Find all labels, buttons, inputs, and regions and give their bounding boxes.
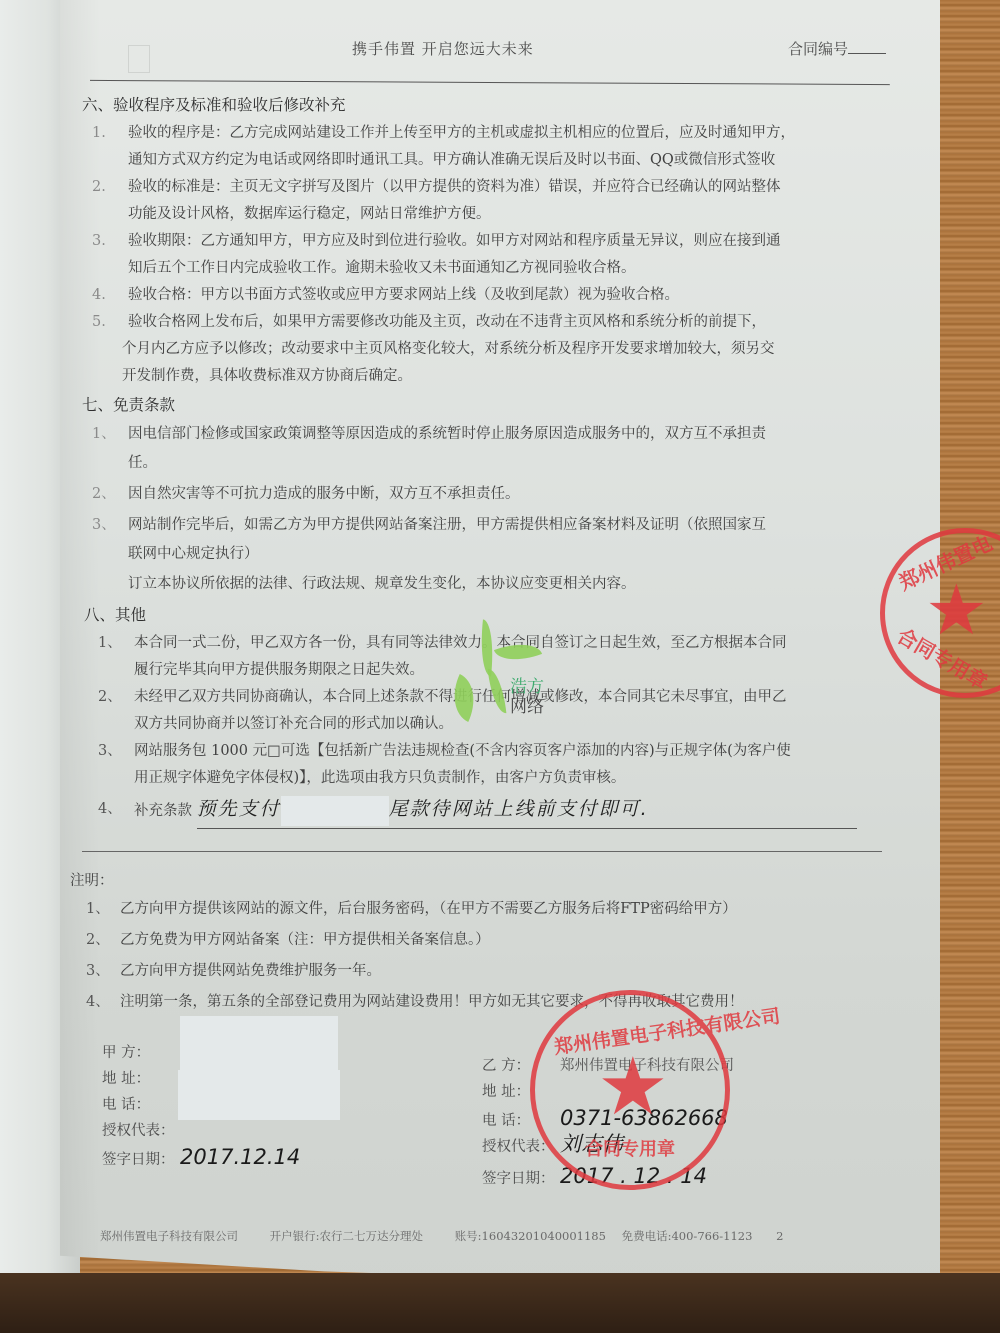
party-a-date-row: 签字日期：2017.12.14: [102, 1144, 300, 1170]
party-a-rep-row: 授权代表：: [102, 1118, 300, 1144]
leaf-icon: [443, 674, 485, 722]
section-7-trailing: 订立本协议所依据的法律、行政法规、规章发生变化，本协议应变更相关内容。: [82, 569, 902, 600]
page-footer: 郑州伟置电子科技有限公司 开户银行:农行二七万达分理处 账号:160432010…: [100, 1228, 920, 1244]
section-6-item: 5. 验收合格网上发布后，如果甲方需要修改功能及主页，改动在不违背主页风格和系统…: [82, 309, 902, 336]
section-7-item: 1、 因电信部门检修或国家政策调整等原因造成的系统暂时停止服务原因造成服务中的，…: [82, 420, 902, 478]
party-a-date: 2017.12.14: [180, 1145, 300, 1169]
header-divider: [90, 80, 890, 85]
leaf-icon: [488, 667, 507, 714]
notes-title: 注明：: [70, 868, 890, 894]
note-item: 2、 乙方免费为甲方网站备案（注：甲方提供相关备案信息。）: [70, 925, 890, 956]
section-7-item: 2、 因自然灾害等不可抗力造成的服务中断，双方互不承担责任。: [82, 478, 902, 511]
watermark-logo: 浩方 网络: [448, 620, 578, 720]
section-6-item: 3. 验收期限：乙方通知甲方，甲方应及时到位进行验收。如甲方对网站和程序质量无异…: [82, 228, 902, 282]
contract-body: 六、验收程序及标准和验收后修改补充 1. 验收的程序是：乙方完成网站建设工作并上…: [82, 90, 902, 858]
supplement-fill-line: 预先支付尾款待网站上线前支付即可.: [197, 792, 857, 829]
footer-company: 郑州伟置电子科技有限公司: [100, 1229, 238, 1243]
section-7-item: 3、 网站制作完毕后，如需乙方为甲方提供网站备案注册，甲方需提供相应备案材料及证…: [82, 511, 902, 569]
section-6-item: 4. 验收合格：甲方以书面方式签收或应甲方要求网站上线（及收到尾款）视为验收合格…: [82, 282, 902, 309]
section-6-item-5-cont: 个月内乙方应予以修改；改动要求中主页风格变化较大，对系统分析及程序开发要求增加较…: [82, 336, 902, 363]
section-7-title: 七、免责条款: [82, 390, 902, 420]
party-a-phone-row: 电 话：: [102, 1092, 300, 1118]
page-number: 2: [776, 1229, 783, 1243]
supplement-label: 补充条款: [134, 803, 192, 819]
section-6-item: 1. 验收的程序是：乙方完成网站建设工作并上传至甲方的主机或虚拟主机相应的位置后…: [82, 120, 902, 174]
section-8-item: 3、 网站服务包 1000 元□可选【包括新广告法违规检查(不含内容页客户添加的…: [82, 738, 902, 792]
company-seal: ★ 郑州伟置电子科技有限公司 合同专用章: [530, 990, 730, 1190]
desk-edge: [0, 1273, 1000, 1333]
section-6-title: 六、验收程序及标准和验收后修改补充: [82, 90, 902, 120]
supplement-handwriting-a: 预先支付: [197, 798, 281, 820]
section-6-item-5-cont: 开发制作费，具体收费标准双方协商后确定。: [82, 363, 902, 390]
header-slogan: 携手伟置 开启您远大未来: [352, 38, 534, 59]
section-6-item: 2. 验收的标准是：主页无文字拼写及图片（以甲方提供的资料为准）错误，并应符合已…: [82, 174, 902, 228]
footer-account: 账号:16043201040001185: [455, 1229, 606, 1243]
notes-section: 注明： 1、 乙方向甲方提供该网站的源文件，后台服务密码，（在甲方不需要乙方服务…: [70, 868, 890, 1018]
note-item: 3、 乙方向甲方提供网站免费维护服务一年。: [70, 956, 890, 987]
party-a-name-row: 甲 方：: [102, 1040, 300, 1066]
party-a-address-row: 地 址：: [102, 1066, 300, 1092]
note-item: 1、 乙方向甲方提供该网站的源文件，后台服务密码，（在甲方不需要乙方服务后将FT…: [70, 894, 890, 925]
footer-bank: 开户银行:农行二七万达分理处: [270, 1229, 423, 1243]
section-8-item-4: 4、 补充条款 预先支付尾款待网站上线前支付即可.: [82, 792, 902, 829]
contract-number: 合同编号: [788, 38, 886, 59]
page-header: 携手伟置 开启您远大未来 合同编号: [60, 32, 940, 62]
section-divider: [82, 851, 882, 852]
party-a-block: 甲 方： 地 址： 电 话： 授权代表： 签字日期：2017.12.14: [102, 1030, 300, 1160]
footer-hotline: 免费电话:400-766-1123: [622, 1229, 753, 1243]
contract-number-blank: [848, 40, 886, 54]
seal-star-icon: ★: [597, 1047, 669, 1127]
seal-star-icon: ★: [925, 575, 988, 645]
redaction-box: [281, 796, 389, 826]
supplement-handwriting-b: 尾款待网站上线前支付即可.: [389, 798, 649, 820]
leaf-icon: [494, 635, 542, 669]
